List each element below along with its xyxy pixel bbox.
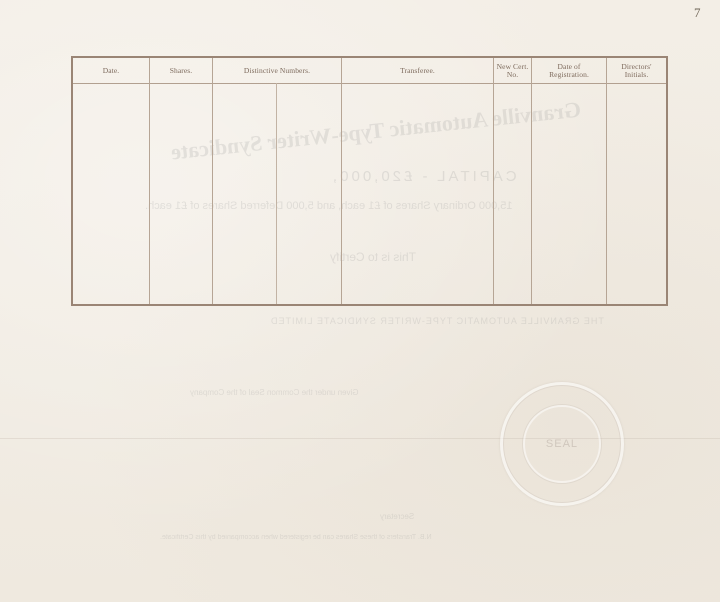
header-distinctive-numbers: Distinctive Numbers. bbox=[213, 58, 341, 83]
column-divider bbox=[606, 58, 607, 304]
bleed-company-line: THE GRANVILLE AUTOMATIC TYPE-WRITER SYND… bbox=[270, 316, 604, 326]
header-new-cert-no: New Cert. No. bbox=[494, 58, 531, 83]
transfer-register-table: Date. Shares. Distinctive Numbers. Trans… bbox=[71, 56, 668, 306]
header-transferee: Transferee. bbox=[342, 58, 493, 83]
header-date-of-registration: Date of Registration. bbox=[532, 58, 606, 83]
column-divider bbox=[493, 58, 494, 304]
column-divider bbox=[531, 58, 532, 304]
column-subdivider bbox=[276, 83, 277, 304]
page-number: 7 bbox=[694, 5, 701, 21]
bleed-given-line: Given under the Common Seal of the Compa… bbox=[190, 388, 359, 397]
bleed-footer-note: N.B. Transfers of these Shares can be re… bbox=[160, 534, 432, 541]
header-directors-initials: Directors' Initials. bbox=[607, 58, 666, 83]
header-date: Date. bbox=[73, 58, 149, 83]
header-shares: Shares. bbox=[150, 58, 212, 83]
bleed-secretary: Secretary bbox=[380, 512, 414, 521]
seal-center: SEAL bbox=[523, 405, 601, 483]
column-divider bbox=[212, 58, 213, 304]
column-divider bbox=[149, 58, 150, 304]
embossed-seal: SEAL bbox=[500, 382, 624, 506]
column-divider bbox=[341, 58, 342, 304]
